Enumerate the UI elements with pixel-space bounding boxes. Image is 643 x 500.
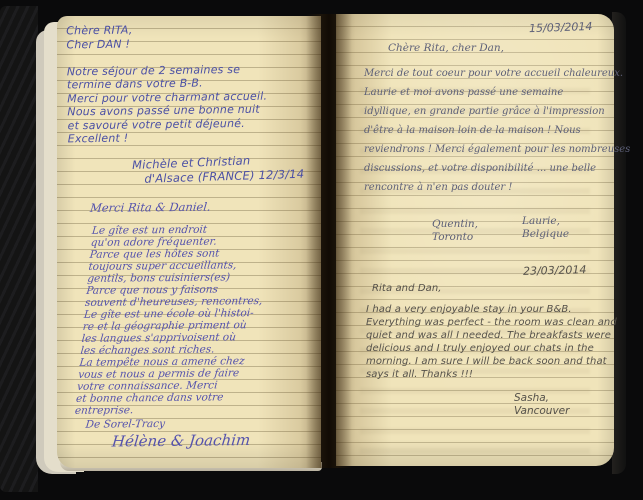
guestbook-photo: Chère RITA,Cher DAN !Notre séjour de 2 s… (0, 0, 643, 500)
signature-place: Vancouver (514, 405, 569, 418)
right-page: 15/03/2014 Chère Rita, cher Dan, Merci d… (336, 14, 614, 466)
signature-place: Belgique (522, 228, 569, 241)
signature-place: Toronto (432, 231, 478, 244)
handwriting-line: rencontre à n'en pas douter ! (364, 178, 630, 197)
entry-greeting: Chère Rita, cher Dan, (388, 42, 630, 54)
entry-body: I had a very enjoyable stay in your B&B.… (366, 303, 617, 381)
handwriting-line: Merci de tout coeur pour votre accueil c… (364, 64, 630, 83)
handwriting-line: entreprise. (74, 403, 253, 417)
signature-quentin: Quentin, Toronto (432, 218, 478, 244)
guestbook-entry-sasha: Rita and Dan, I had a very enjoyable sta… (366, 283, 617, 381)
signature-name: Quentin, (432, 218, 478, 231)
entry-body: Le gîte est un endroitqu'on adore fréque… (74, 223, 270, 417)
signature-names: Hélène & Joachim (111, 431, 251, 450)
handwriting-line: reviendrons ! Merci également pour les n… (364, 140, 630, 159)
handwriting-line: I had a very enjoyable stay in your B&B. (366, 303, 617, 316)
handwriting-line: idyllique, en grande partie grâce à l'im… (364, 102, 630, 121)
entry-greeting: Rita and Dan, (372, 283, 617, 294)
left-page: Chère RITA,Cher DAN !Notre séjour de 2 s… (57, 16, 321, 468)
handwriting-line: discussions, et votre disponibilité ... … (364, 159, 630, 178)
handwriting-line: delicious and I truly enjoyed our chats … (366, 342, 617, 355)
guestbook-entry-michele-christian: Chère RITA,Cher DAN !Notre séjour de 2 s… (66, 22, 268, 146)
entry-body: Chère RITA,Cher DAN !Notre séjour de 2 s… (66, 22, 268, 146)
handwriting-line: vous et nous a permis de faire (78, 367, 257, 381)
entry-body: Merci de tout coeur pour votre accueil c… (364, 64, 630, 197)
handwriting-line: quiet and was all I needed. The breakfas… (366, 329, 617, 342)
guestbook-entry-quentin-laurie: Chère Rita, cher Dan, Merci de tout coeu… (364, 42, 630, 197)
signature-sasha: Sasha, Vancouver (514, 392, 569, 418)
handwriting-line: Everything was perfect - the room was cl… (366, 316, 617, 329)
entry-date: 23/03/2014 (522, 263, 586, 278)
handwriting-line: morning. I am sure I will be back soon a… (366, 355, 617, 368)
signature-laurie: Laurie, Belgique (522, 215, 569, 241)
guestbook-entry-helene-joachim: Merci Rita & Daniel. Le gîte est un endr… (59, 199, 273, 451)
entry-date: 15/03/2014 (528, 20, 592, 35)
signature-origin: De Sorel-Tracy (85, 417, 252, 431)
handwriting-line: d'être à la maison loin de la maison ! N… (364, 121, 630, 140)
signature-name: Laurie, (522, 215, 569, 228)
handwriting-line: Notre séjour de 2 semaines se (67, 62, 267, 78)
handwriting-line: et savouré votre petit déjeuné. (67, 116, 267, 132)
entry-greeting: Merci Rita & Daniel. (89, 199, 273, 215)
signature-name: Sasha, (514, 392, 569, 405)
handwriting-line: les langues s'apprivoisent où (81, 331, 260, 345)
handwriting-line: says it all. Thanks !!! (366, 368, 617, 381)
handwriting-line: Laurie et moi avons passé une semaine (364, 83, 630, 102)
handwriting-line: Excellent ! (68, 130, 268, 146)
notebook-spine (0, 6, 38, 492)
